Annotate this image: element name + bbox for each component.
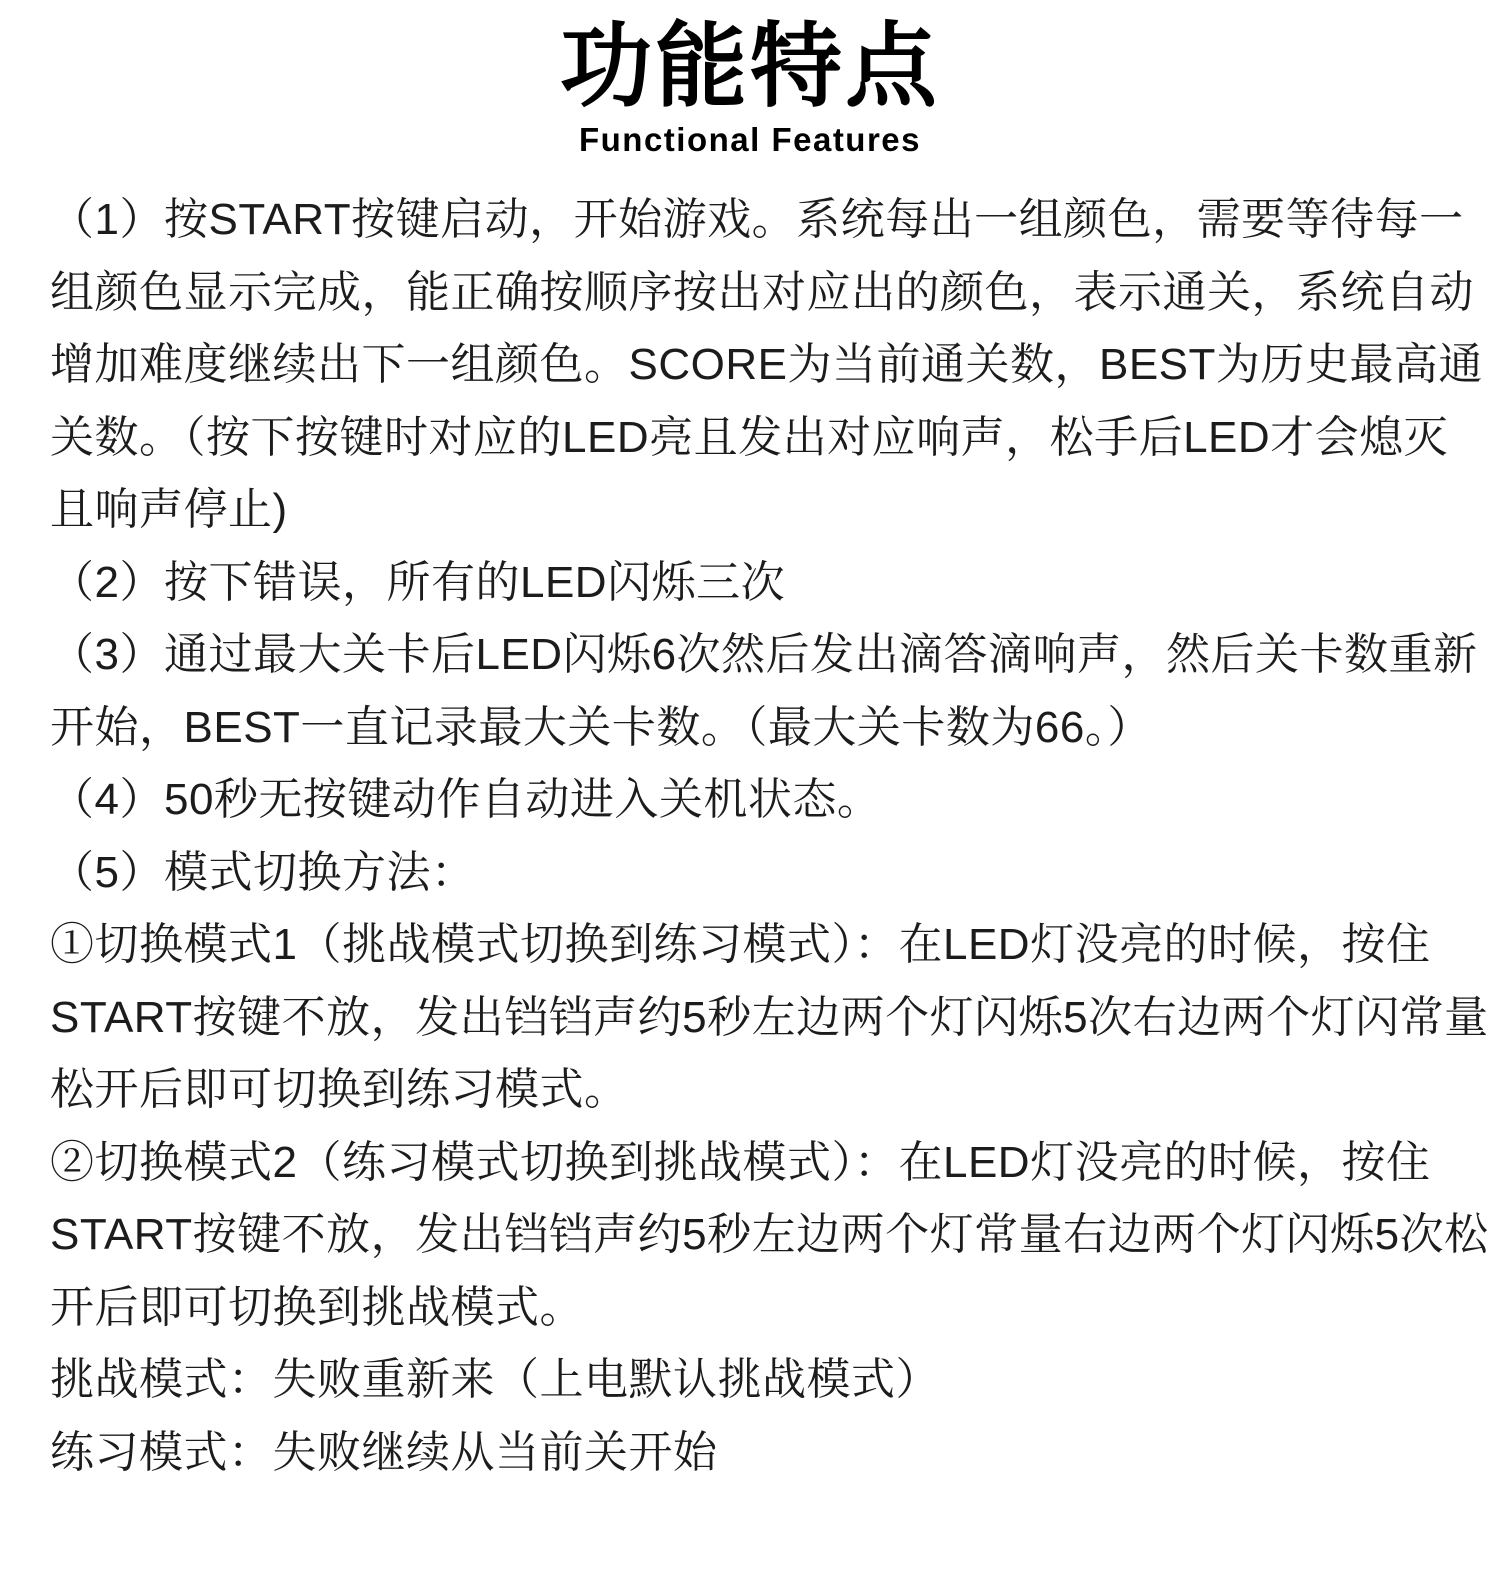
feature-line-6: （2）按下错误，所有的LED闪烁三次 <box>50 547 1440 620</box>
feature-line-9: （4）50秒无按键动作自动进入关机状态。 <box>50 764 1440 837</box>
feature-line-13: 松开后即可切换到练习模式。 <box>50 1054 1440 1127</box>
feature-list: （1）按START按键启动，开始游戏。系统每出一组颜色，需要等待每一 组颜色显示… <box>0 184 1500 1489</box>
document-page: 功能特点 Functional Features （1）按START按键启动，开… <box>0 0 1500 1572</box>
feature-line-1: （1）按START按键启动，开始游戏。系统每出一组颜色，需要等待每一 <box>50 184 1440 257</box>
feature-line-2: 组颜色显示完成，能正确按顺序按出对应出的颜色，表示通关，系统自动 <box>50 257 1440 330</box>
feature-line-10: （5）模式切换方法： <box>50 837 1440 910</box>
page-subtitle: Functional Features <box>0 120 1500 160</box>
feature-line-11: ①切换模式1（挑战模式切换到练习模式）：在LED灯没亮的时候，按住 <box>50 909 1440 982</box>
feature-line-5: 且响声停止) <box>50 474 1440 547</box>
feature-line-8: 开始，BEST一直记录最大关卡数。（最大关卡数为66。） <box>50 692 1440 765</box>
feature-line-18: 练习模式：失败继续从当前关开始 <box>50 1417 1440 1490</box>
page-title: 功能特点 <box>0 0 1500 118</box>
feature-line-14: ②切换模式2（练习模式切换到挑战模式）：在LED灯没亮的时候，按住 <box>50 1127 1440 1200</box>
feature-line-15: START按键不放，发出铛铛声约5秒左边两个灯常量右边两个灯闪烁5次松 <box>50 1199 1440 1272</box>
feature-line-7: （3）通过最大关卡后LED闪烁6次然后发出滴答滴响声，然后关卡数重新 <box>50 619 1440 692</box>
feature-line-3: 增加难度继续出下一组颜色。SCORE为当前通关数，BEST为历史最高通 <box>50 329 1440 402</box>
feature-line-17: 挑战模式：失败重新来（上电默认挑战模式） <box>50 1344 1440 1417</box>
feature-line-12: START按键不放，发出铛铛声约5秒左边两个灯闪烁5次右边两个灯闪常量 <box>50 982 1440 1055</box>
feature-line-4: 关数。（按下按键时对应的LED亮且发出对应响声，松手后LED才会熄灭 <box>50 402 1440 475</box>
feature-line-16: 开后即可切换到挑战模式。 <box>50 1272 1440 1345</box>
